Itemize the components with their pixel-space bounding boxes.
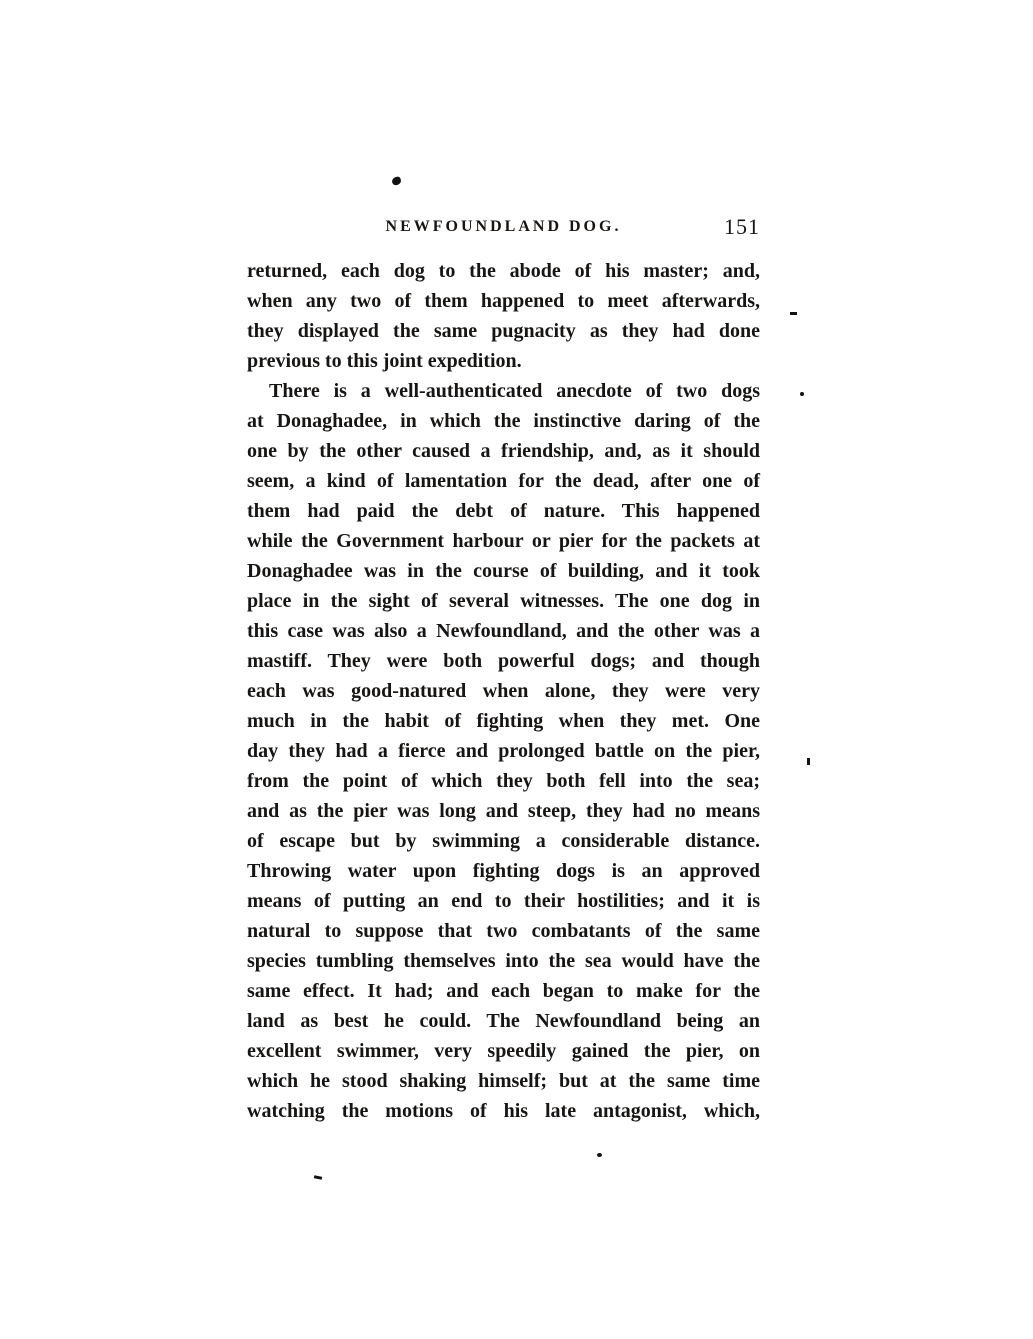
text-line: when any two of them happened to meet af… (247, 286, 760, 316)
text-line: each was good-natured when alone, they w… (247, 676, 760, 706)
text-line: day they had a fierce and prolonged batt… (247, 736, 760, 766)
text-line: and as the pier was long and steep, they… (247, 796, 760, 826)
text-line: they displayed the same pugnacity as the… (247, 316, 760, 346)
text-line: land as best he could. The Newfoundland … (247, 1006, 760, 1036)
text-line: seem, a kind of lamentation for the dead… (247, 466, 760, 496)
ink-speck (800, 392, 804, 396)
text-line: watching the motions of his late antagon… (247, 1096, 760, 1126)
text-line: Donaghadee was in the course of building… (247, 556, 760, 586)
text-line: Throwing water upon fighting dogs is an … (247, 856, 760, 886)
text-line: from the point of which they both fell i… (247, 766, 760, 796)
text-line: species tumbling themselves into the sea… (247, 946, 760, 976)
text-line: means of putting an end to their hostili… (247, 886, 760, 916)
ink-speck (807, 758, 810, 765)
text-line: this case was also a Newfoundland, and t… (247, 616, 760, 646)
text-line: natural to suppose that two combatants o… (247, 916, 760, 946)
book-page: NEWFOUNDLAND DOG. 151 returned, each dog… (0, 0, 1033, 1339)
text-line: place in the sight of several witnesses.… (247, 586, 760, 616)
text-line: much in the habit of fighting when they … (247, 706, 760, 736)
text-line: one by the other caused a friendship, an… (247, 436, 760, 466)
text-line: same effect. It had; and each began to m… (247, 976, 760, 1006)
text-line: of escape but by swimming a considerable… (247, 826, 760, 856)
running-header-title: NEWFOUNDLAND DOG. (247, 214, 760, 236)
ink-speck (597, 1153, 602, 1157)
ink-speck (790, 312, 797, 315)
text-line: excellent swimmer, very speedily gained … (247, 1036, 760, 1066)
text-line: at Donaghadee, in which the instinctive … (247, 406, 760, 436)
text-line: while the Government harbour or pier for… (247, 526, 760, 556)
text-line: There is a well-authenticated anecdote o… (247, 376, 760, 406)
ink-speck (391, 176, 402, 186)
text-line: returned, each dog to the abode of his m… (247, 256, 760, 286)
running-header: NEWFOUNDLAND DOG. 151 (247, 214, 760, 240)
ink-speck (314, 1175, 322, 1180)
text-line: which he stood shaking himself; but at t… (247, 1066, 760, 1096)
page-number: 151 (724, 214, 760, 240)
text-line: mastiff. They were both powerful dogs; a… (247, 646, 760, 676)
page-body-text: returned, each dog to the abode of his m… (247, 256, 760, 1126)
text-line: previous to this joint expedition. (247, 346, 760, 376)
text-line: them had paid the debt of nature. This h… (247, 496, 760, 526)
